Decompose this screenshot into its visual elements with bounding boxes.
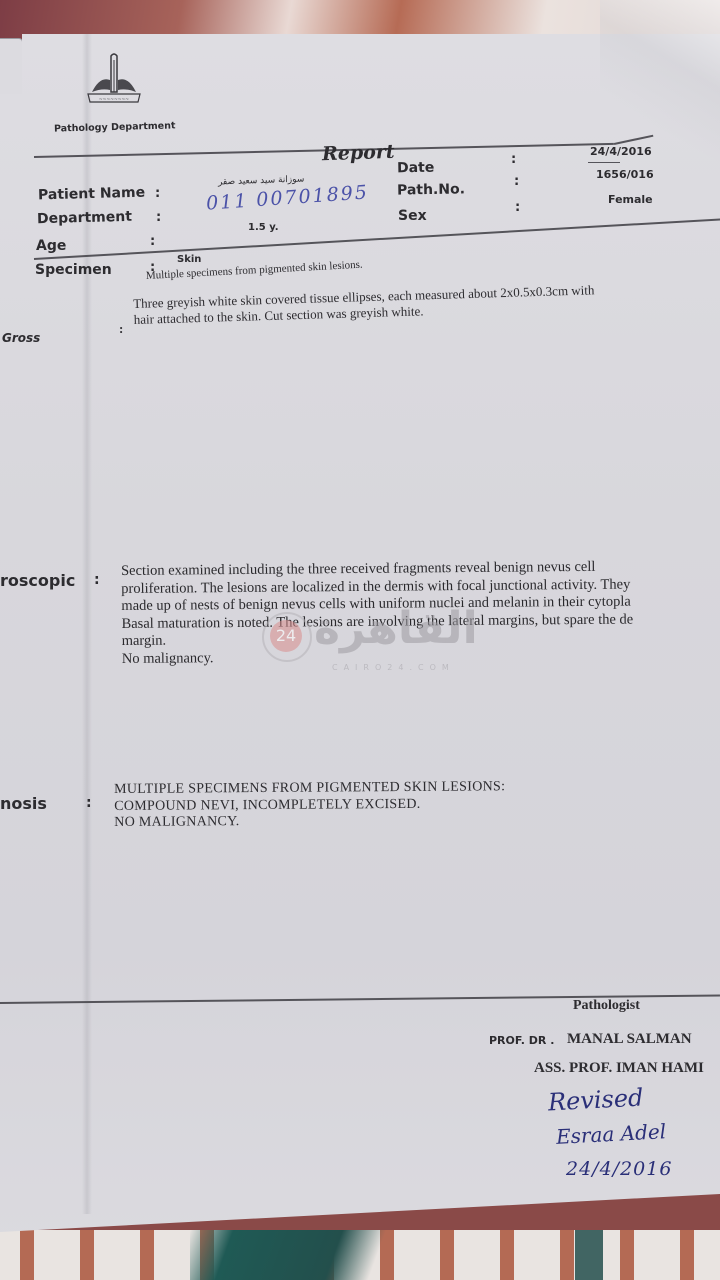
diagnosis-line: NO MALIGNANCY. xyxy=(114,812,505,831)
handwritten-revision-date: 24/4/2016 xyxy=(566,1158,672,1180)
handwritten-revised: Revised xyxy=(547,1084,644,1117)
university-logo-icon: ~~~~~~~~ xyxy=(74,52,154,112)
department-colon: : xyxy=(156,210,161,225)
sex-colon: : xyxy=(515,200,520,215)
microscopic-colon: : xyxy=(94,572,100,588)
diagnosis-colon: : xyxy=(86,795,92,811)
age-colon: : xyxy=(150,234,155,249)
pathologist-title: Pathologist xyxy=(573,998,640,1014)
gross-colon: : xyxy=(119,321,123,337)
age-label: Age xyxy=(36,238,66,254)
microscopic-label: roscopic xyxy=(0,571,75,590)
sex-label: Sex xyxy=(398,208,427,224)
assistant-prof-name: ASS. PROF. IMAN HAMI xyxy=(534,1060,704,1077)
path-no-colon: : xyxy=(514,174,519,189)
specimen-value: Skin xyxy=(177,254,201,265)
watermark-subtext: CAIRO24.COM xyxy=(332,663,455,672)
patient-name-colon: : xyxy=(155,186,160,201)
diagnosis-line: MULTIPLE SPECIMENS FROM PIGMENTED SKIN L… xyxy=(114,779,505,798)
report-title: Report xyxy=(322,141,395,166)
specimen-label: Specimen xyxy=(35,262,112,278)
prof-name: MANAL SALMAN xyxy=(567,1031,692,1048)
sex-value: Female xyxy=(608,193,653,206)
background-fabric-bottom xyxy=(0,1230,720,1280)
svg-text:~~~~~~~~: ~~~~~~~~ xyxy=(99,98,129,103)
diagnosis-description: MULTIPLE SPECIMENS FROM PIGMENTED SKIN L… xyxy=(114,779,506,831)
prof-prefix: PROF. DR . xyxy=(489,1034,554,1047)
diagnosis-label: nosis xyxy=(0,794,47,813)
date-underline xyxy=(588,162,620,163)
path-no-value: 1656/016 xyxy=(596,168,654,181)
date-colon: : xyxy=(511,152,516,167)
underlying-paper-edge xyxy=(0,38,23,98)
path-no-label: Path.No. xyxy=(397,181,465,198)
patient-name-label: Patient Name xyxy=(38,185,145,204)
gross-label: Gross xyxy=(2,331,40,345)
watermark-badge: 24 xyxy=(270,620,302,652)
age-value: 1.5 y. xyxy=(248,222,279,233)
date-value: 24/4/2016 xyxy=(590,145,652,158)
watermark-text: القاهرة xyxy=(314,603,478,654)
date-label: Date xyxy=(397,160,435,177)
department-label: Department xyxy=(37,209,132,227)
news-watermark: 24 القاهرة CAIRO24.COM xyxy=(262,607,462,677)
